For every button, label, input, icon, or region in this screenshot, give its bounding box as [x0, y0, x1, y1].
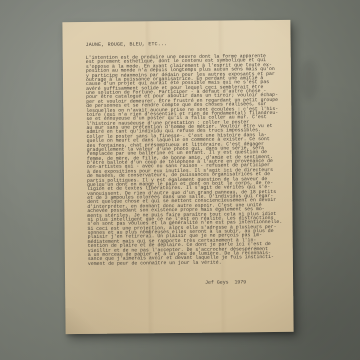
- photo-of-document: { "photo": { "background_color": "#75797…: [0, 0, 360, 360]
- document-title: JAUNE, ROUGE, BLEU, ETC...: [86, 42, 168, 48]
- paper-sheet: JAUNE, ROUGE, BLEU, ETC... L'intention e…: [62, 20, 293, 334]
- document-body-text: L'intention est de produire une oeuvre d…: [86, 55, 288, 267]
- background-smudge: [300, 60, 318, 100]
- signature-line: Jef Geys 1979: [205, 280, 246, 285]
